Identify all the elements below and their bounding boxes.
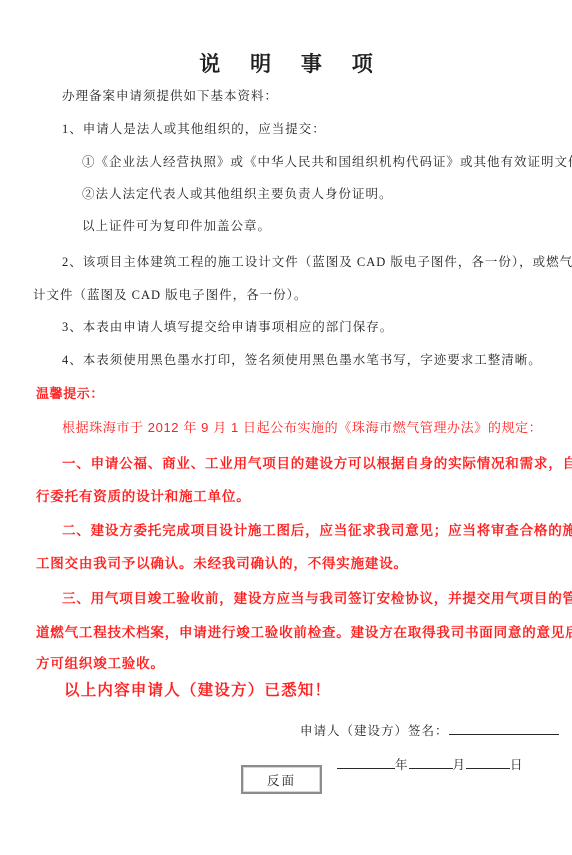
note-item-1: 1、申请人是法人或其他组织的，应当提交： — [62, 119, 326, 137]
page-title: 说 明 事 项 — [0, 48, 572, 78]
tips-legal-basis: 根据珠海市于 2012 年 9 月 1 日起公布实施的《珠海市燃气管理办法》的规… — [62, 417, 542, 436]
back-side-button[interactable]: 反面 — [241, 765, 322, 794]
year-label: 年 — [395, 758, 409, 772]
tips-point-3-line-1: 三、用气项目竣工验收前，建设方应当与我司签订安检协议，并提交用气项目的管 — [62, 587, 572, 607]
year-blank — [337, 755, 395, 769]
tips-point-1-line-2: 行委托有资质的设计和施工单位。 — [36, 485, 251, 505]
tips-point-2-line-2: 工图交由我司予以确认。未经我司确认的，不得实施建设。 — [36, 552, 408, 572]
signature-blank — [449, 721, 559, 735]
document-page: 说 明 事 项 办理备案申请须提供如下基本资料： 1、申请人是法人或其他组织的，… — [0, 0, 572, 855]
signature-label: 申请人（建设方）签名： — [300, 724, 449, 738]
signature-row: 申请人（建设方）签名： — [300, 721, 559, 739]
back-side-button-label: 反面 — [267, 771, 296, 789]
month-label: 月 — [453, 758, 467, 772]
day-label: 日 — [510, 758, 524, 772]
note-item-3: 3、本表由申请人填写提交给申请事项相应的部门保存。 — [62, 317, 393, 335]
notes-intro: 办理备案申请须提供如下基本资料： — [62, 86, 278, 104]
day-blank — [466, 755, 510, 769]
month-blank — [409, 755, 453, 769]
tips-point-1-line-1: 一、申请公福、商业、工业用气项目的建设方可以根据自身的实际情况和需求，自 — [62, 452, 572, 472]
tips-point-2-line-1: 二、建设方委托完成项目设计施工图后，应当征求我司意见；应当将审查合格的施 — [62, 519, 572, 539]
note-item-1-sub-1: ①《企业法人经营执照》或《中华人民共和国组织机构代码证》或其他有效证明文件。 — [82, 152, 572, 170]
tips-heading: 温馨提示： — [36, 383, 104, 402]
note-item-1-sub-2: ②法人法定代表人或其他组织主要负责人身份证明。 — [82, 184, 393, 202]
acknowledgement-line: 以上内容申请人（建设方）已悉知！ — [64, 678, 331, 700]
note-item-2-line-1: 2、该项目主体建筑工程的施工设计文件（蓝图及 CAD 版电子图件，各一份），或燃… — [62, 252, 572, 270]
date-row: 年月日 — [337, 755, 524, 773]
note-item-2-line-2: 计文件（蓝图及 CAD 版电子图件，各一份）。 — [33, 285, 307, 303]
tips-point-3-line-2: 道燃气工程技术档案，申请进行竣工验收前检查。建设方在取得我司书面同意的意见后， — [36, 621, 572, 641]
note-item-4: 4、本表须使用黑色墨水打印，签名须使用黑色墨水笔书写，字迹要求工整清晰。 — [62, 350, 542, 368]
note-item-1-sub-3: 以上证件可为复印件加盖公章。 — [82, 216, 271, 234]
tips-point-3-line-3: 方可组织竣工验收。 — [36, 652, 165, 672]
